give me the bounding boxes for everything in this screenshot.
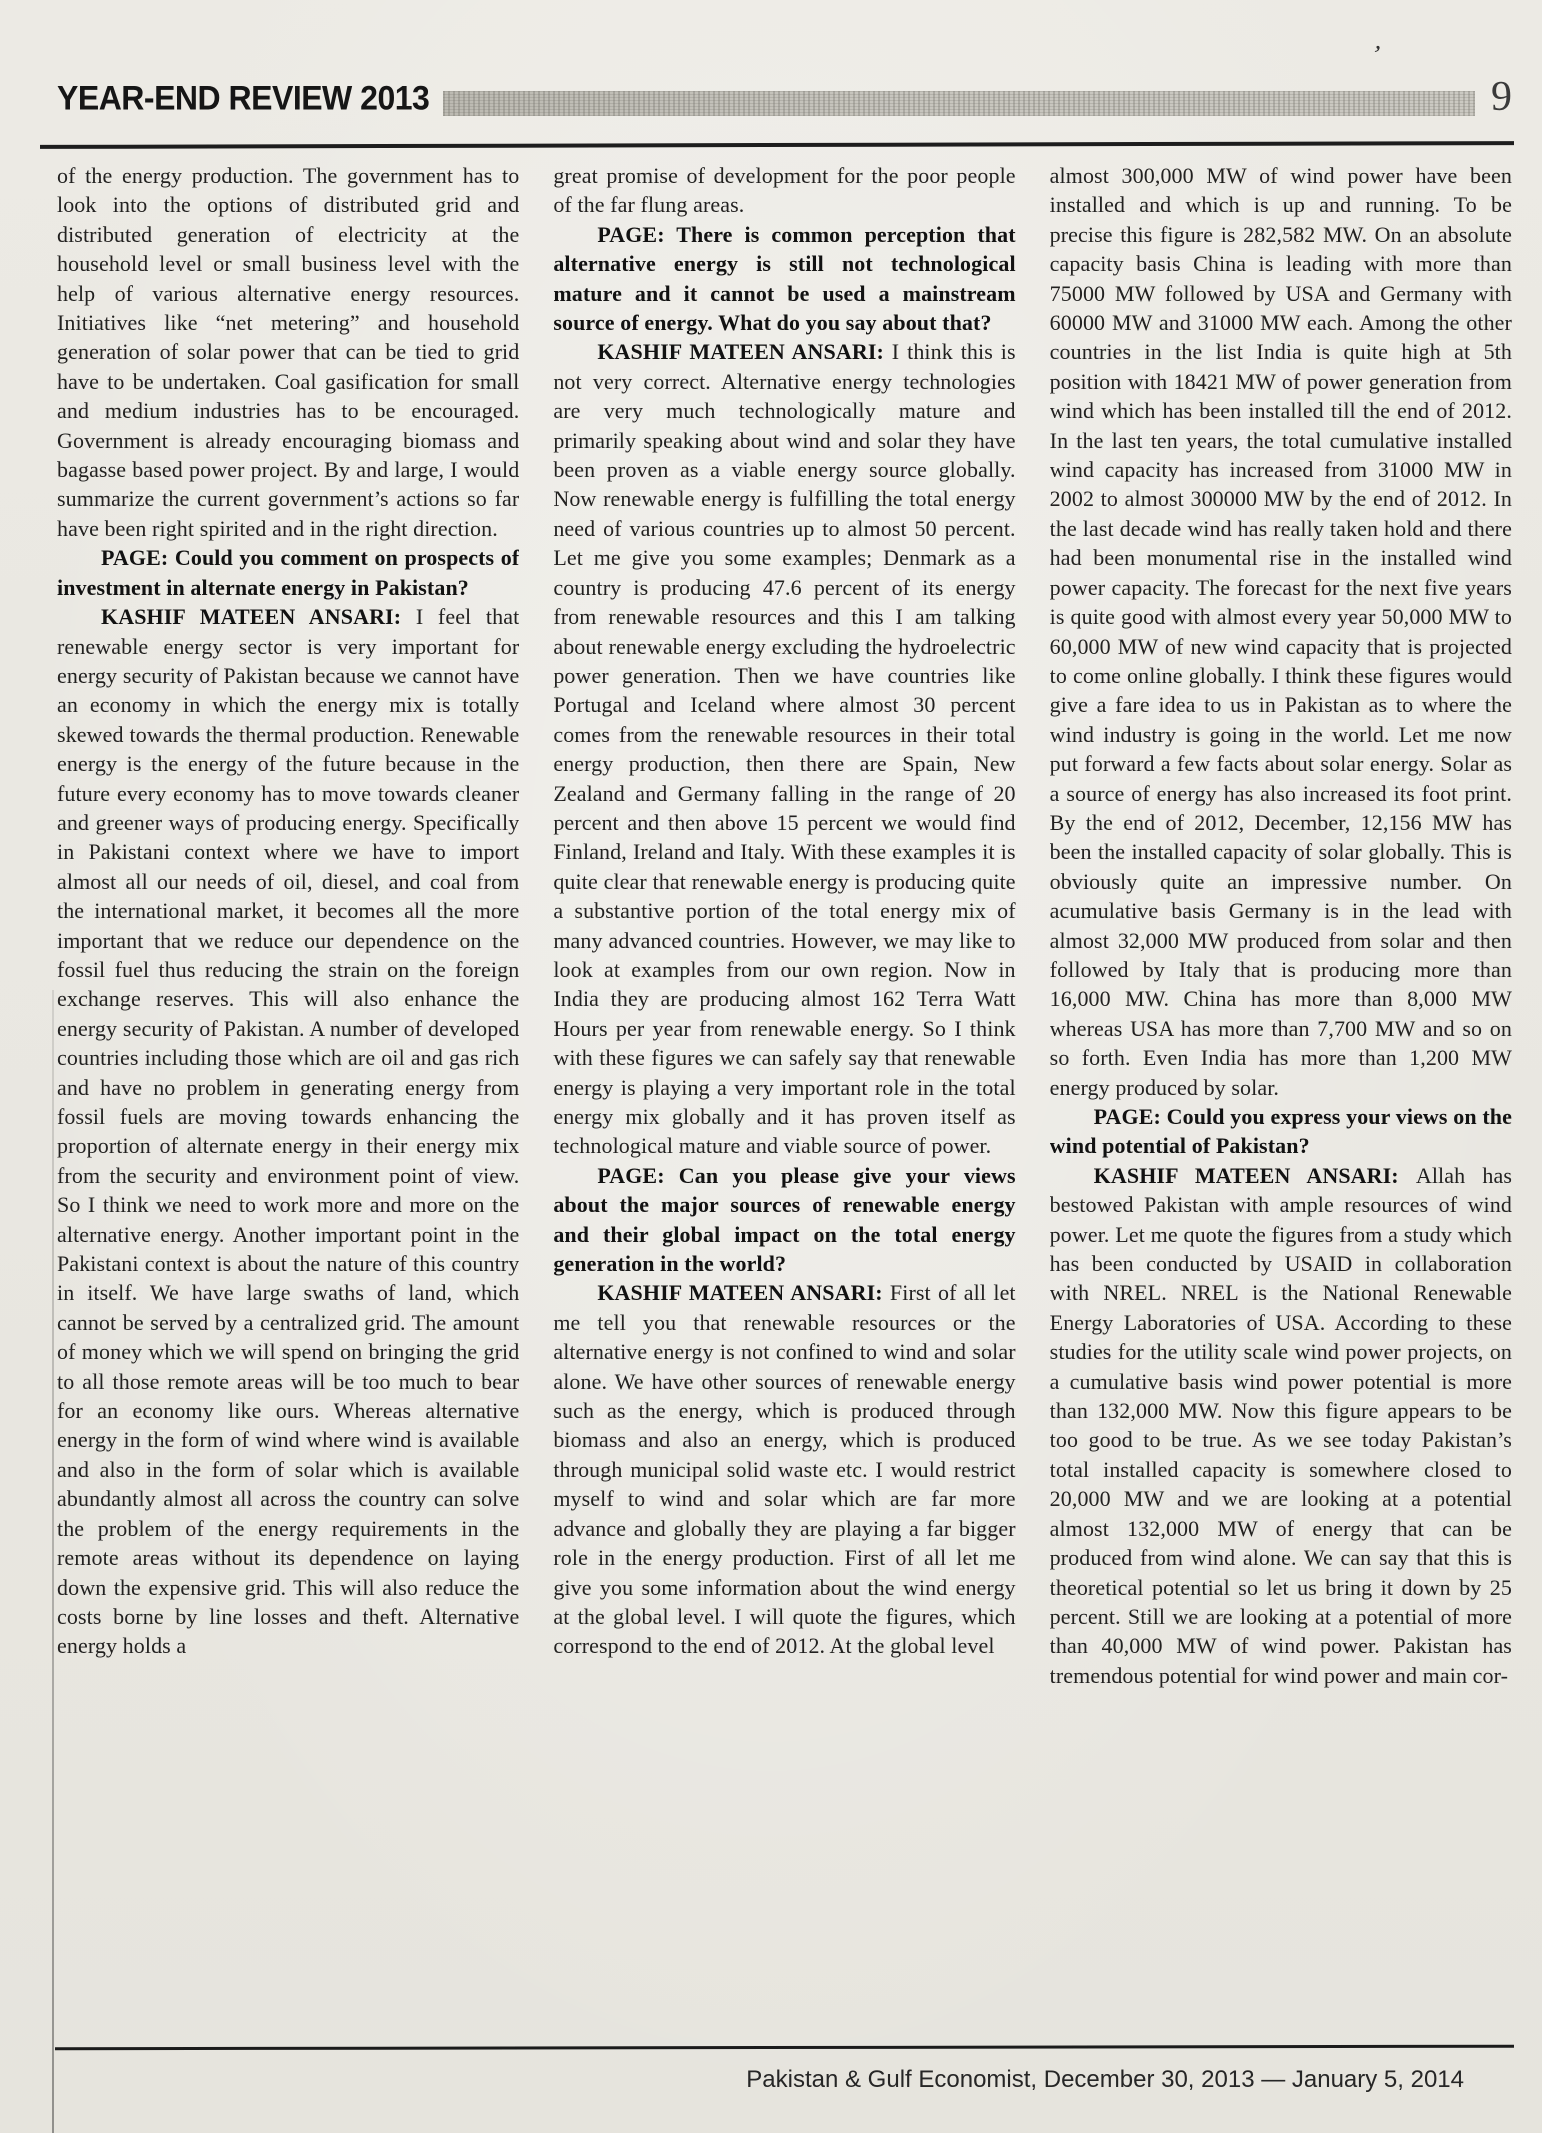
question-paragraph: PAGE: Could you comment on prospects of … — [57, 543, 519, 602]
question-paragraph: PAGE: Can you please give your views abo… — [553, 1161, 1015, 1279]
body-paragraph: great promise of development for the poo… — [553, 161, 1015, 220]
question-paragraph: PAGE: Could you express your views on th… — [1050, 1102, 1512, 1161]
header-rule — [40, 141, 1514, 149]
speaker-label: KASHIF MATEEN ANSARI: — [1094, 1163, 1416, 1188]
article-body: of the energy production. The government… — [57, 161, 1512, 2043]
speaker-label: KASHIF MATEEN ANSARI: — [597, 339, 891, 364]
speaker-label: KASHIF MATEEN ANSARI: — [101, 604, 416, 629]
newspaper-page: YEAR-END REVIEW 2013 9 of the energy pro… — [0, 0, 1542, 2133]
footer-text: Pakistan & Gulf Economist, December 30, … — [746, 2066, 1464, 2094]
header-texture-bar — [443, 91, 1475, 116]
answer-paragraph: KASHIF MATEEN ANSARI: I think this is no… — [553, 337, 1015, 1160]
article-column-1: of the energy production. The government… — [57, 161, 519, 2043]
question-paragraph: PAGE: There is common perception that al… — [553, 220, 1015, 338]
scan-gutter-shadow — [52, 990, 54, 2133]
page-header: YEAR-END REVIEW 2013 9 — [57, 76, 1512, 118]
page-number: 9 — [1491, 76, 1512, 118]
answer-paragraph: KASHIF MATEEN ANSARI: First of all let m… — [553, 1278, 1015, 1660]
footer-rule — [55, 2045, 1514, 2051]
article-column-3: almost 300,000 MW of wind power have bee… — [1050, 161, 1512, 2043]
speaker-label: KASHIF MATEEN ANSARI: — [597, 1280, 890, 1305]
body-paragraph: almost 300,000 MW of wind power have bee… — [1050, 161, 1512, 1102]
article-column-2: great promise of development for the poo… — [553, 161, 1015, 2043]
scan-speck-artifact: ’ — [1369, 39, 1384, 70]
section-title: YEAR-END REVIEW 2013 — [57, 78, 429, 118]
body-paragraph: of the energy production. The government… — [57, 161, 519, 543]
answer-paragraph: KASHIF MATEEN ANSARI: Allah has bestowed… — [1050, 1161, 1512, 1690]
answer-paragraph: KASHIF MATEEN ANSARI: I feel that renewa… — [57, 602, 519, 1661]
